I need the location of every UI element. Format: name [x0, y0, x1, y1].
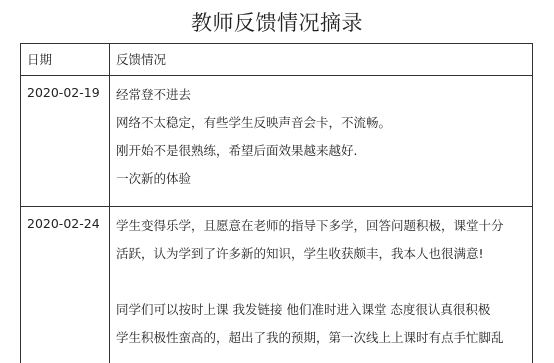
- table-row: 2020-02-24 学生变得乐学，且愿意在老师的指导下多学，回答问题积极，课堂…: [21, 207, 533, 363]
- feedback-line: 网络不太稳定，有些学生反映声音会卡，不流畅。: [116, 109, 532, 137]
- feedback-line-blank: [116, 268, 532, 296]
- row-feedback: 经常登不进去 网络不太稳定，有些学生反映声音会卡，不流畅。 刚开始不是很熟练，希…: [110, 76, 533, 207]
- feedback-line: 活跃，认为学到了许多新的知识，学生收获颇丰，我本人也很满意!: [116, 240, 532, 268]
- feedback-line: 一次新的体验: [116, 165, 532, 193]
- feedback-line: 学生变得乐学，且愿意在老师的指导下多学，回答问题积极，课堂十分: [116, 212, 532, 240]
- feedback-line: 同学们可以按时上课 我发链接 他们准时进入课堂 态度很认真很积极: [116, 296, 532, 324]
- row-date: 2020-02-19: [21, 76, 110, 207]
- header-date: 日期: [21, 44, 110, 76]
- feedback-line: 经常登不进去: [116, 81, 532, 109]
- header-feedback: 反馈情况: [110, 44, 533, 76]
- table-header-row: 日期 反馈情况: [21, 44, 533, 76]
- feedback-table: 日期 反馈情况 2020-02-19 经常登不进去 网络不太稳定，有些学生反映声…: [20, 43, 533, 363]
- row-date: 2020-02-24: [21, 207, 110, 363]
- table-row: 2020-02-19 经常登不进去 网络不太稳定，有些学生反映声音会卡，不流畅。…: [21, 76, 533, 207]
- row-feedback: 学生变得乐学，且愿意在老师的指导下多学，回答问题积极，课堂十分 活跃，认为学到了…: [110, 207, 533, 363]
- feedback-line: 学生积极性蛮高的，超出了我的预期，第一次线上上课时有点手忙脚乱: [116, 324, 532, 352]
- document-title: 教师反馈情况摘录: [0, 9, 554, 37]
- feedback-line: 刚开始不是很熟练，希望后面效果越来越好.: [116, 137, 532, 165]
